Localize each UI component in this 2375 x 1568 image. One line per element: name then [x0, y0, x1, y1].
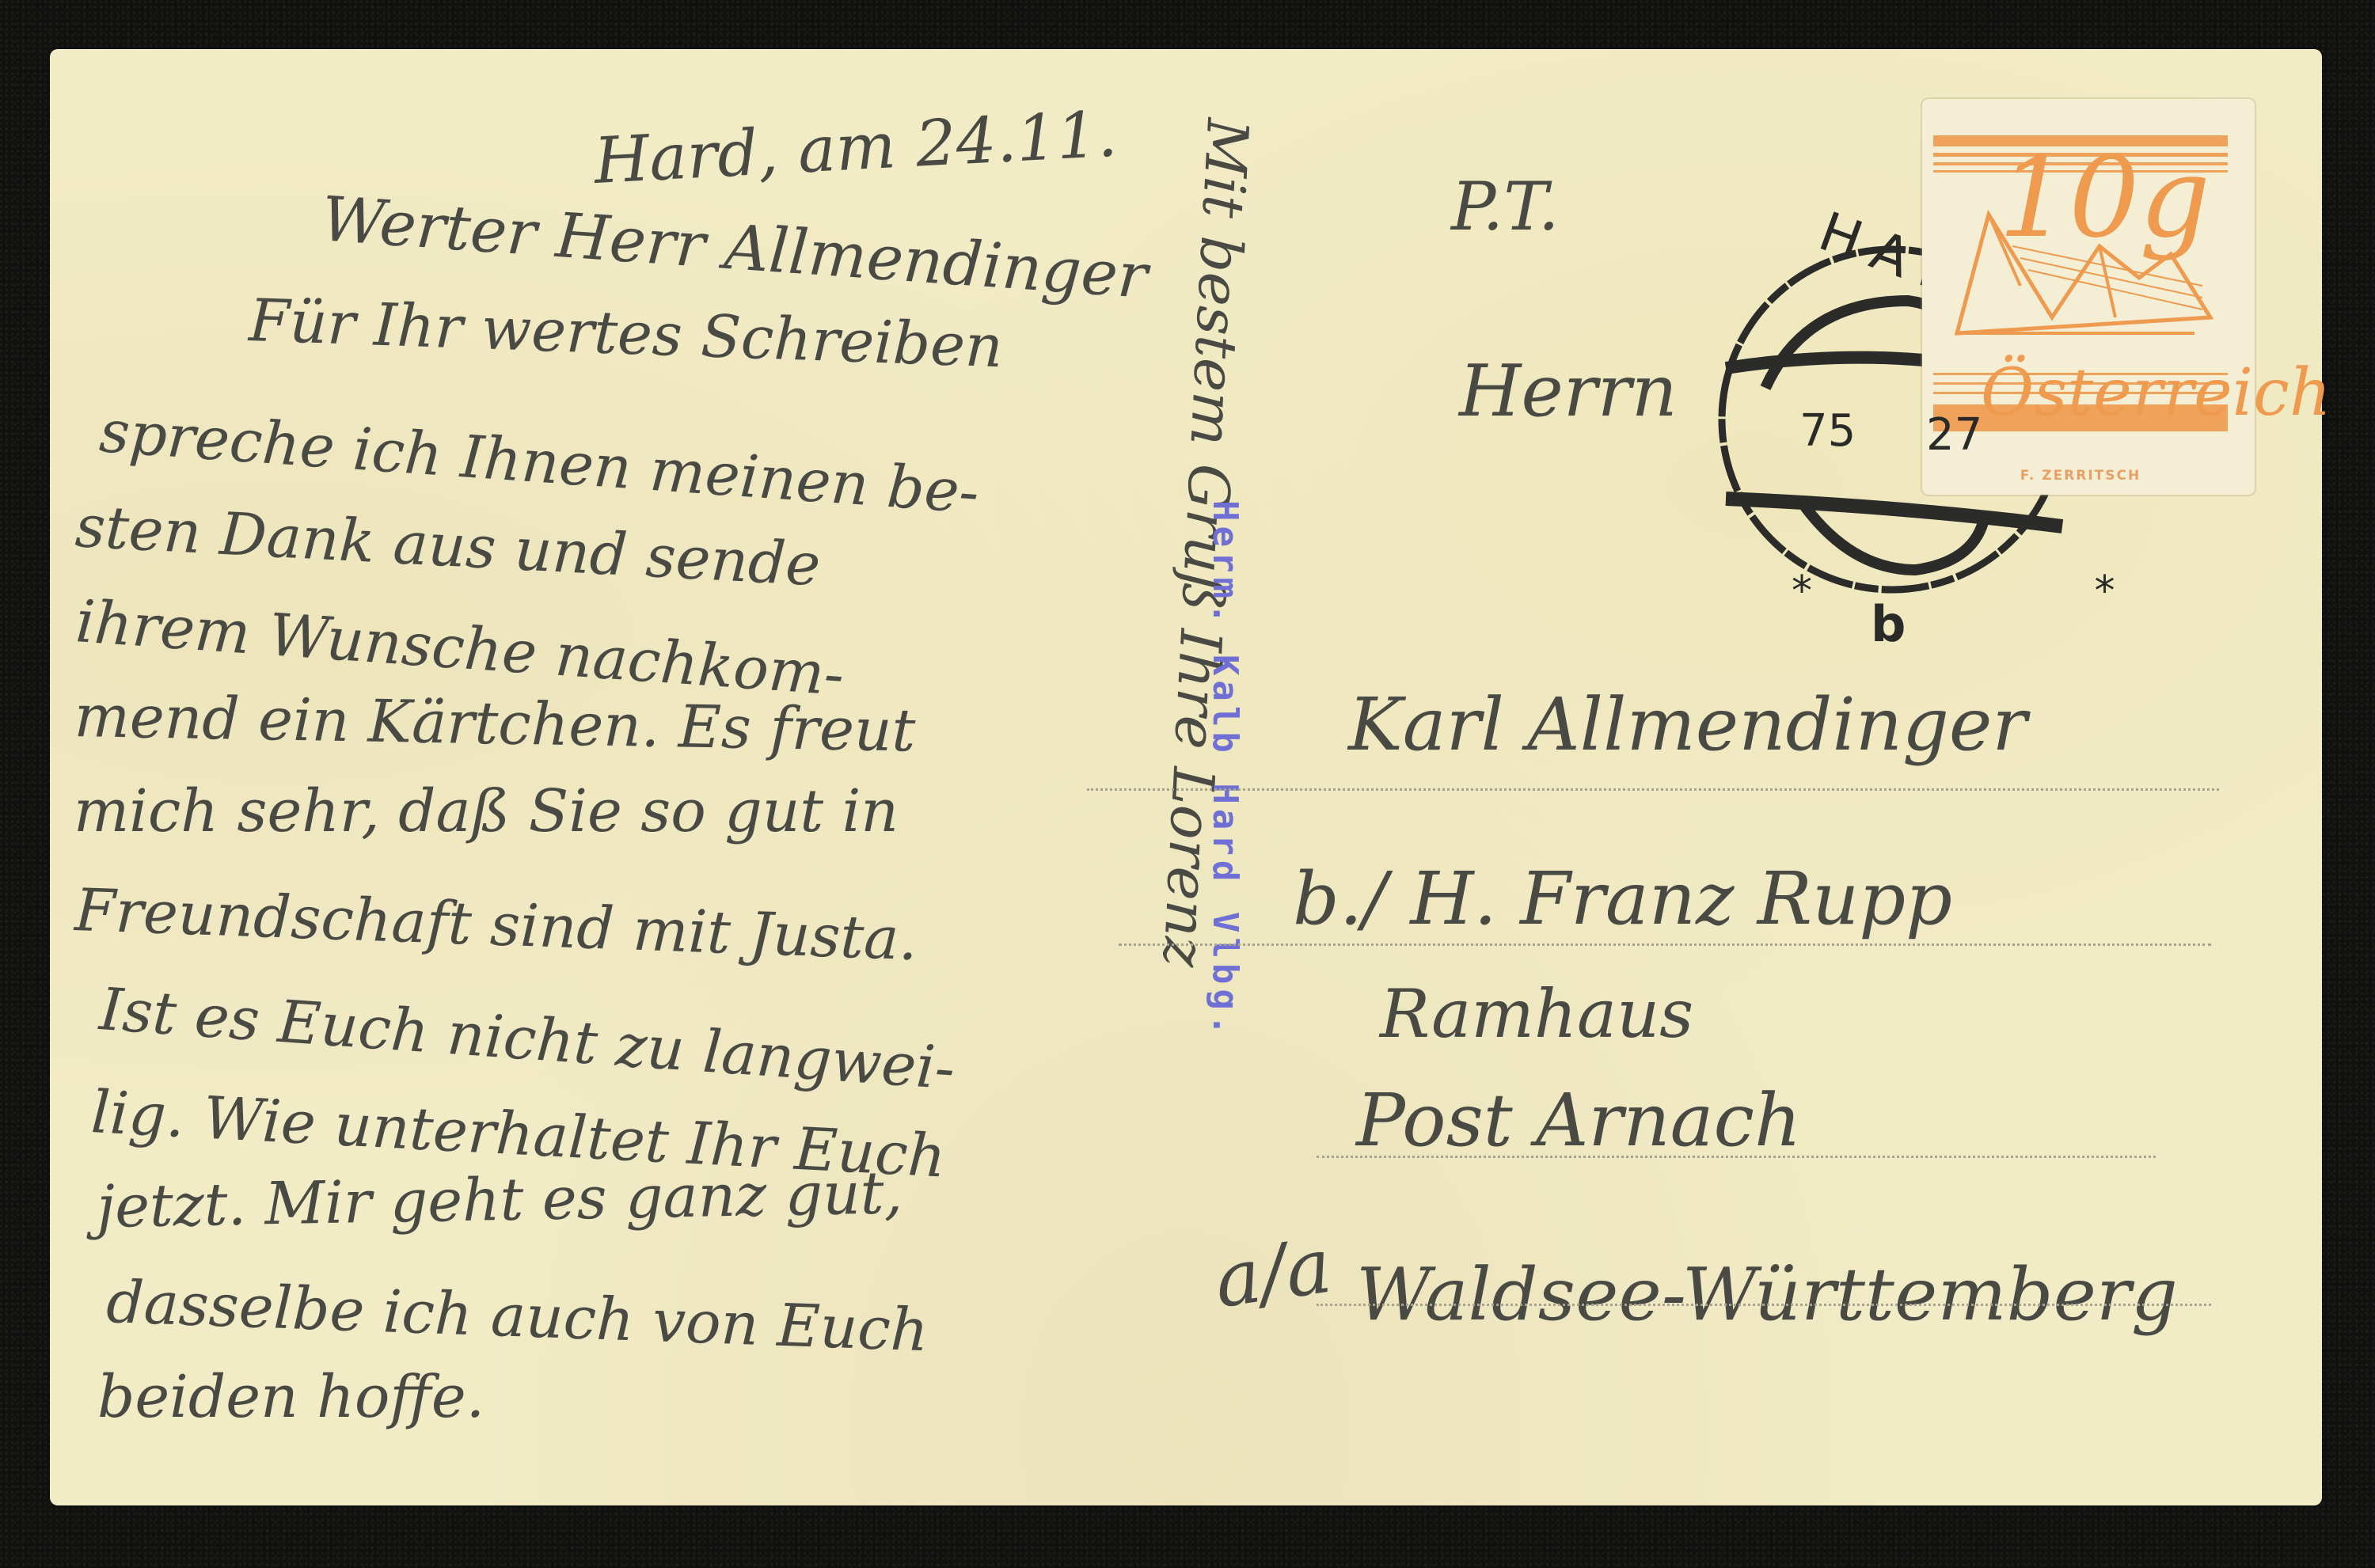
message-line: beiden hoffe.: [97, 1363, 484, 1431]
message-line: sten Dank aus und sende: [74, 492, 822, 599]
postmark-date-right: 27: [1926, 409, 1982, 461]
address-line: [1317, 1304, 2211, 1306]
address-place: Ramhaus: [1380, 975, 1693, 1053]
postmark-stars: * *: [1792, 568, 2250, 615]
address-title: Herrn: [1459, 350, 1678, 433]
postmark-date-left: 75: [1799, 405, 1856, 457]
stamp-country: Österreich: [1981, 361, 2331, 426]
message-line: jetzt. Mir geht es ganz gut,: [96, 1159, 902, 1241]
message-heading: Hard, am 24.11.: [592, 97, 1119, 198]
address-care-of: b./ H. Franz Rupp: [1293, 856, 1952, 941]
address-line: [1087, 788, 2219, 791]
address-line: [1119, 943, 2211, 946]
address-region-prefix: a/a: [1209, 1221, 1336, 1325]
message-line: Freundschaft sind mit Justa.: [74, 876, 918, 974]
address-prefix: P.T.: [1451, 168, 1560, 245]
address-name: Karl Allmendinger: [1348, 682, 2027, 767]
message-line: mend ein Kärtchen. Es freut: [74, 682, 916, 765]
address-post: Post Arnach: [1356, 1078, 1801, 1163]
postcard-back: Hard, am 24.11. Werter Herr Allmendinger…: [50, 49, 2322, 1505]
message-line: Für Ihr wertes Schreiben: [248, 287, 1004, 381]
sender-rubber-stamp: Herm. Kalb Hard Vlbg.: [1205, 500, 1245, 1040]
mountain-icon: [1933, 199, 2228, 357]
address-region: Waldsee-Württemberg: [1356, 1252, 2178, 1337]
message-line: mich sehr, daß Sie so gut in: [74, 777, 899, 845]
message-line: dasselbe ich auch von Euch: [105, 1268, 929, 1365]
address-line: [1317, 1156, 2156, 1158]
stamp-engraver: F. ZERRITSCH: [1933, 468, 2228, 484]
message-line: Ist es Euch nicht zu langwei-: [97, 975, 957, 1103]
